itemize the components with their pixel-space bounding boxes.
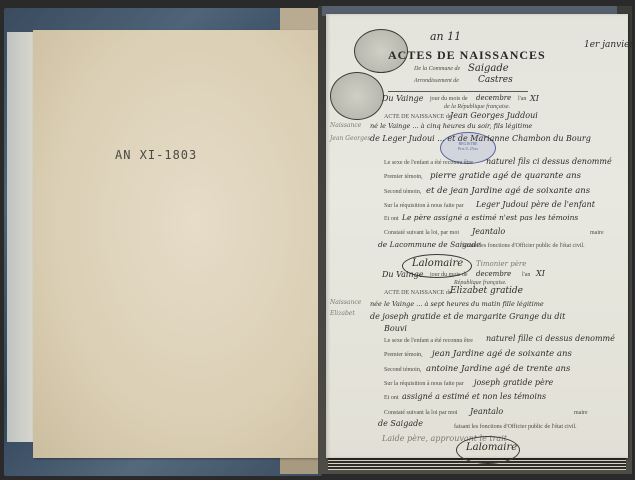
- entry1-requisition-value: Leger Judoui père de l'enfant: [476, 200, 595, 209]
- entry2-witness1-label: Premier témoin,: [384, 352, 423, 358]
- entry1-officer-value: Jeantalo: [472, 227, 505, 236]
- entry2-requisition-value: joseph gratide père: [474, 378, 553, 387]
- entry2-commune-line: de Saigade: [378, 419, 423, 428]
- entry2-signed-label: Et ont: [384, 395, 399, 401]
- entry1-signature: Lalomaire: [412, 258, 463, 269]
- entry2-sex-value: naturel fille ci dessus denommé: [486, 334, 615, 343]
- arrondissement-value: Castres: [478, 75, 513, 85]
- entry2-officer-value: Jeantalo: [470, 407, 503, 416]
- entry2-maire-label: maire: [574, 410, 588, 416]
- entry1-date-hand: Du Vainge: [382, 94, 424, 103]
- tax-stamp-figure: [330, 72, 384, 120]
- entry2-month: decembre: [476, 270, 511, 278]
- entry1-acte-label: ACTE DE NAISSANCE de: [384, 114, 452, 120]
- arrondissement-label: Arrondissement de: [414, 78, 459, 84]
- entry1-maire-label: maire: [590, 230, 604, 236]
- entry2-requisition-label: Sur la réquisition à nous faite par: [384, 381, 464, 387]
- entry1-parents-line: de Leger Judoui ... et de Marianne Chamb…: [370, 134, 591, 143]
- entry1-signed-value: Le père assigné a estimé n'est pas les t…: [402, 213, 578, 222]
- entry1-sex-label: Le sexe de l'enfant a été reconnu être: [384, 160, 473, 166]
- left-page-flap: [7, 32, 35, 442]
- entry1-requisition-label: Sur la réquisition à nous faite par: [384, 203, 464, 209]
- left-page-annotation: AN XI-1803: [115, 148, 197, 162]
- entry2-born-line: née le Vainge ... à sept heures du matin…: [370, 300, 544, 308]
- header-rule: [388, 91, 528, 92]
- entry1-witness2-label: Second témoin,: [384, 189, 421, 195]
- entry1-republic: de la République française.: [444, 104, 510, 110]
- entry2-function-label: faisant les fonctions d'Officier public …: [454, 424, 577, 430]
- entry1-witness1-value: pierre gratide agé de quarante ans: [430, 171, 581, 181]
- entry1-month: decembre: [476, 94, 511, 102]
- entry2-officer-label: Constaté suivant la loi par moi: [384, 410, 458, 416]
- entry2-parents-line: de joseph gratide et de margarite Grange…: [370, 312, 565, 321]
- commune-label: De la Commune de: [414, 66, 460, 72]
- entry1-born-line: né le Vainge ... à cinq heures du soir, …: [370, 122, 532, 130]
- year-note: an 11: [430, 30, 461, 43]
- entry1-signed-label: Et ont: [384, 216, 399, 222]
- entry2-date-hand: Du Vainge: [382, 270, 424, 279]
- register-title: ACTES DE NAISSANCES: [388, 48, 546, 63]
- entry1-date-print: jour du mois de: [430, 96, 468, 102]
- entry1-witness2-value: et de jean Jardine agé de soixante ans: [426, 186, 590, 196]
- cover-corner-top: [280, 8, 322, 30]
- entry2-signature: Lalomaire: [466, 442, 517, 453]
- entry2-margin-note-1: Naissance: [330, 299, 361, 306]
- entry2-parents-line2: Bouvi: [384, 324, 407, 333]
- entry1-signature-note: Timonier père: [476, 260, 526, 268]
- entry2-witness2-label: Second témoin,: [384, 367, 421, 373]
- entry2-year-hand: XI: [536, 269, 545, 278]
- entry2-witness1-value: jean Jardine agé de soixante ans: [432, 349, 572, 359]
- entry2-witness2-value: antoine Jardine agé de trente ans: [426, 364, 570, 374]
- entry2-margin-note-2: Elizabet: [330, 310, 355, 317]
- commune-value: Saigade: [468, 63, 509, 74]
- entry1-sex-value: naturel fils ci dessus denommé: [486, 157, 612, 166]
- register-page: REGISTRE Prix 0, 25cts an 11 1er janvier…: [326, 14, 628, 458]
- entry1-child-name: Jean Georges Juddoui: [450, 111, 538, 120]
- entry2-child-name: Elizabet gratide: [450, 286, 523, 296]
- left-flyleaf-page: [33, 30, 328, 458]
- entry2-date-print: jour du mois de: [430, 272, 468, 278]
- entry2-year-print: l'an: [522, 272, 530, 278]
- entry1-witness1-label: Premier témoin,: [384, 174, 423, 180]
- blue-stamp-line-2: Prix 0, 25cts: [441, 146, 495, 151]
- entry1-year-hand: XI: [530, 94, 539, 103]
- entry1-officer-label: Constaté suivant la loi, par moi: [384, 230, 459, 236]
- entry1-function-label: faisant les fonctions d'Officier public …: [462, 243, 585, 249]
- entry2-acte-label: ACTE DE NAISSANCE de: [384, 290, 452, 296]
- corner-note: 1er janvier: [584, 40, 634, 50]
- entry1-year-print: l'an: [518, 96, 526, 102]
- entry2-sex-label: Le sexe de l'enfant a été reconnu être: [384, 338, 473, 344]
- entry1-margin-note-1: Naissance: [330, 122, 361, 129]
- entry2-signed-value: assigné a estimé et non les témoins: [402, 392, 546, 401]
- entry1-margin-note-2: Jean Georges: [330, 135, 371, 142]
